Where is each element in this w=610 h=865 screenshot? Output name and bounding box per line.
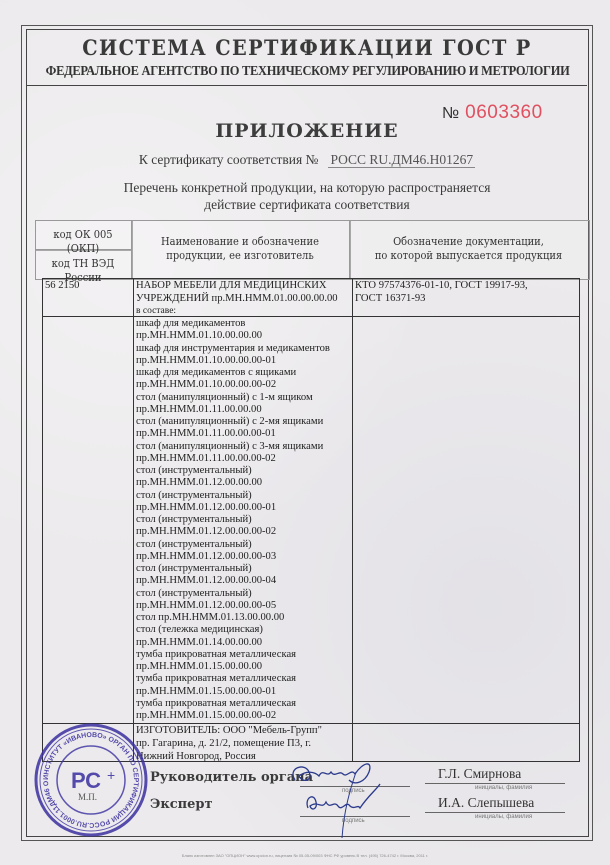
component-list-item: стол (инструментальный) [136,539,330,551]
component-list-item: тумба прикроватная металлическая [136,673,330,685]
product-documentation-line-1: КТО 97574376-01-10, ГОСТ 19917-93, [355,279,528,292]
component-list-item: стол (инструментальный) [136,563,330,575]
component-list-item: стол (инструментальный) [136,588,330,600]
manufacturer-line-2: пр. Гагарина, д. 21/2, помещение П3, г. [136,737,322,750]
expert-name-line [425,812,565,813]
component-list-item: пр.МН.НММ.01.14.00.00.00 [136,637,330,649]
component-list-item: пр.МН.НММ.01.12.00.00.00-02 [136,526,330,538]
product-set-name-line-2: УЧРЕЖДЕНИЙ пр.МН.НММ.01.00.00.00.00 [136,292,338,305]
head-name-caption: инициалы, фамилия [475,785,532,791]
header-code-okp: код ОК 005 (ОКП) [40,228,126,256]
expert-signature-icon [300,770,385,840]
component-list-item: пр.МН.НММ.01.11.00.00.00-02 [136,453,330,465]
component-list-item: стол (инструментальный) [136,490,330,502]
component-list-item: стол (тележка медицинская) [136,624,330,636]
product-documentation: КТО 97574376-01-10, ГОСТ 19917-93, ГОСТ … [355,279,528,305]
component-list-item: пр.МН.НММ.01.12.00.00.00-03 [136,551,330,563]
component-list-item: пр.МН.НММ.01.10.00.00.00-01 [136,355,330,367]
expert-name-caption: инициалы, фамилия [475,814,532,820]
component-list-item: пр.МН.НММ.01.11.00.00.00 [136,404,330,416]
component-list-item: шкаф для медикаментов с ящиками [136,367,330,379]
product-set-name-line-3: в составе: [136,305,338,318]
header-documentation-line-1: Обозначение документации, [361,235,576,249]
certification-stamp-icon: ИНСТИТУТ «ИВАНОВО» ОРГАН ПО СЕРТИФИКАЦИИ… [33,722,149,838]
certificate-reference: К сертификату соответствия №РОСС RU.ДМ46… [26,152,588,168]
component-list-item: стол пр.МН.НММ.01.13.00.00.00 [136,612,330,624]
certificate-label: К сертификату соответствия № [139,152,319,167]
product-set-name: НАБОР МЕБЕЛИ ДЛЯ МЕДИЦИНСКИХ УЧРЕЖДЕНИЙ … [136,279,338,318]
system-title: СИСТЕМА СЕРТИФИКАЦИИ ГОСТ Р [48,35,565,60]
expert-label: Эксперт [150,797,213,812]
header-documentation-line-2: по которой выпускается продукция [361,249,576,263]
component-list-item: стол (манипуляционный) с 1-м ящиком [136,392,330,404]
header-divider [27,85,587,86]
component-list-item: тумба прикроватная металлическая [136,649,330,661]
component-list-item: стол (инструментальный) [136,514,330,526]
table-border-right [579,278,580,761]
list-title-line-1: Перечень конкретной продукции, на котору… [26,179,588,196]
print-info: Бланк изготовлен ЗАО "ОПЦИОН" www.opcion… [150,853,460,858]
svg-text:+: + [107,767,115,783]
header-documentation: Обозначение документации, по которой вып… [361,235,576,263]
product-documentation-line-2: ГОСТ 16371-93 [355,292,528,305]
component-list-item: пр.МН.НММ.01.12.00.00.00 [136,477,330,489]
expert-name: И.А. Слепышева [438,795,534,811]
component-list-item: пр.МН.НММ.01.15.00.00.00 [136,661,330,673]
head-name: Г.Л. Смирнова [438,766,521,782]
component-list-item: стол (манипуляционный) с 3-мя ящиками [136,441,330,453]
component-list: шкаф для медикаментовпр.МН.НММ.01.10.00.… [136,318,330,722]
component-list-item: пр.МН.НММ.01.12.00.00.00-05 [136,600,330,612]
product-code: 56 2150 [45,279,79,292]
list-title-line-2: действие сертификата соответствия [26,196,588,213]
table-col-divider-1 [133,278,134,761]
table-col-divider-2 [352,278,353,761]
component-list-item: пр.МН.НММ.01.10.00.00.00-02 [136,379,330,391]
agency-name: ФЕДЕРАЛЬНОЕ АГЕНТСТВО ПО ТЕХНИЧЕСКОМУ РЕ… [46,63,569,79]
table-border-left [42,278,43,761]
component-list-item: пр.МН.НММ.01.12.00.00.00-01 [136,502,330,514]
manufacturer-line-1: ИЗГОТОВИТЕЛЬ: ООО "Мебель-Групп" [136,724,322,737]
component-list-item: пр.МН.НММ.01.15.00.00.00-01 [136,686,330,698]
component-list-item: пр.МН.НММ.01.12.00.00.00-04 [136,575,330,587]
certificate-number: РОСС RU.ДМ46.Н01267 [328,152,475,168]
component-list-item: пр.МН.НММ.01.10.00.00.00 [136,330,330,342]
header-product-name-line-2: продукции, ее изготовитель [142,249,338,263]
header-product-name-line-1: Наименование и обозначение [142,235,338,249]
component-list-item: тумба прикроватная металлическая [136,698,330,710]
component-list-item: пр.МН.НММ.01.15.00.00.00-02 [136,710,330,722]
product-set-name-line-1: НАБОР МЕБЕЛИ ДЛЯ МЕДИЦИНСКИХ [136,279,338,292]
component-list-item: шкаф для медикаментов [136,318,330,330]
svg-text:РС: РС [71,768,101,793]
component-list-item: стол (инструментальный) [136,465,330,477]
svg-text:М.П.: М.П. [78,792,97,802]
component-list-item: пр.МН.НММ.01.11.00.00.00-01 [136,428,330,440]
component-list-item: шкаф для инструментария и медикаментов [136,343,330,355]
document-title: ПРИЛОЖЕНИЕ [26,120,588,142]
head-name-line [425,783,565,784]
component-list-item: стол (манипуляционный) с 2-мя ящиками [136,416,330,428]
header-product-name: Наименование и обозначение продукции, ее… [142,235,338,263]
list-title: Перечень конкретной продукции, на котору… [26,179,588,213]
